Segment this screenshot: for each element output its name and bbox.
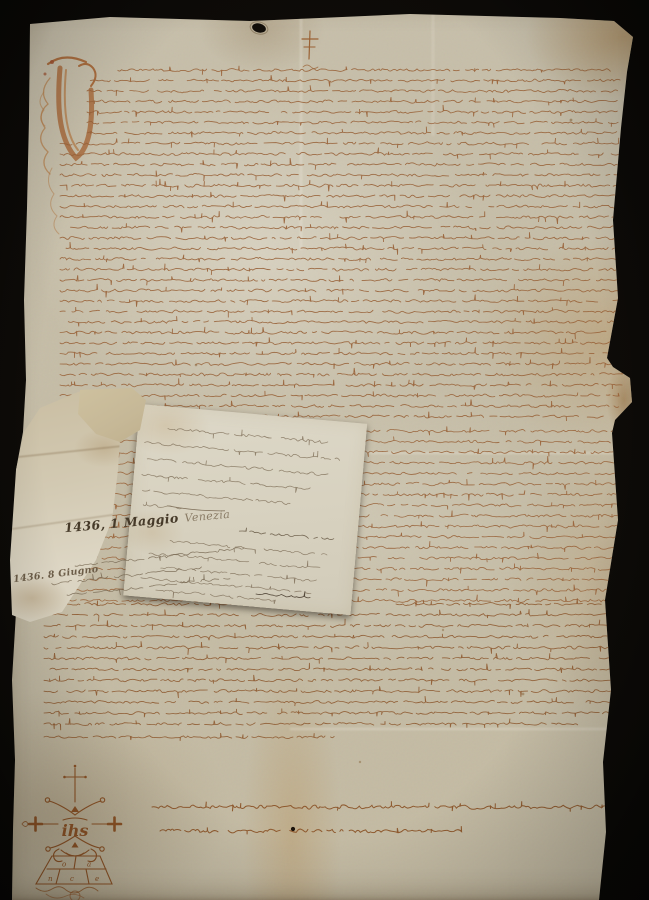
annotation-overlay-layer: [0, 0, 649, 900]
photo-background: ihs o a n c e: [0, 0, 649, 900]
note-signature: [256, 589, 310, 598]
fragment-annotations: [50, 547, 248, 603]
